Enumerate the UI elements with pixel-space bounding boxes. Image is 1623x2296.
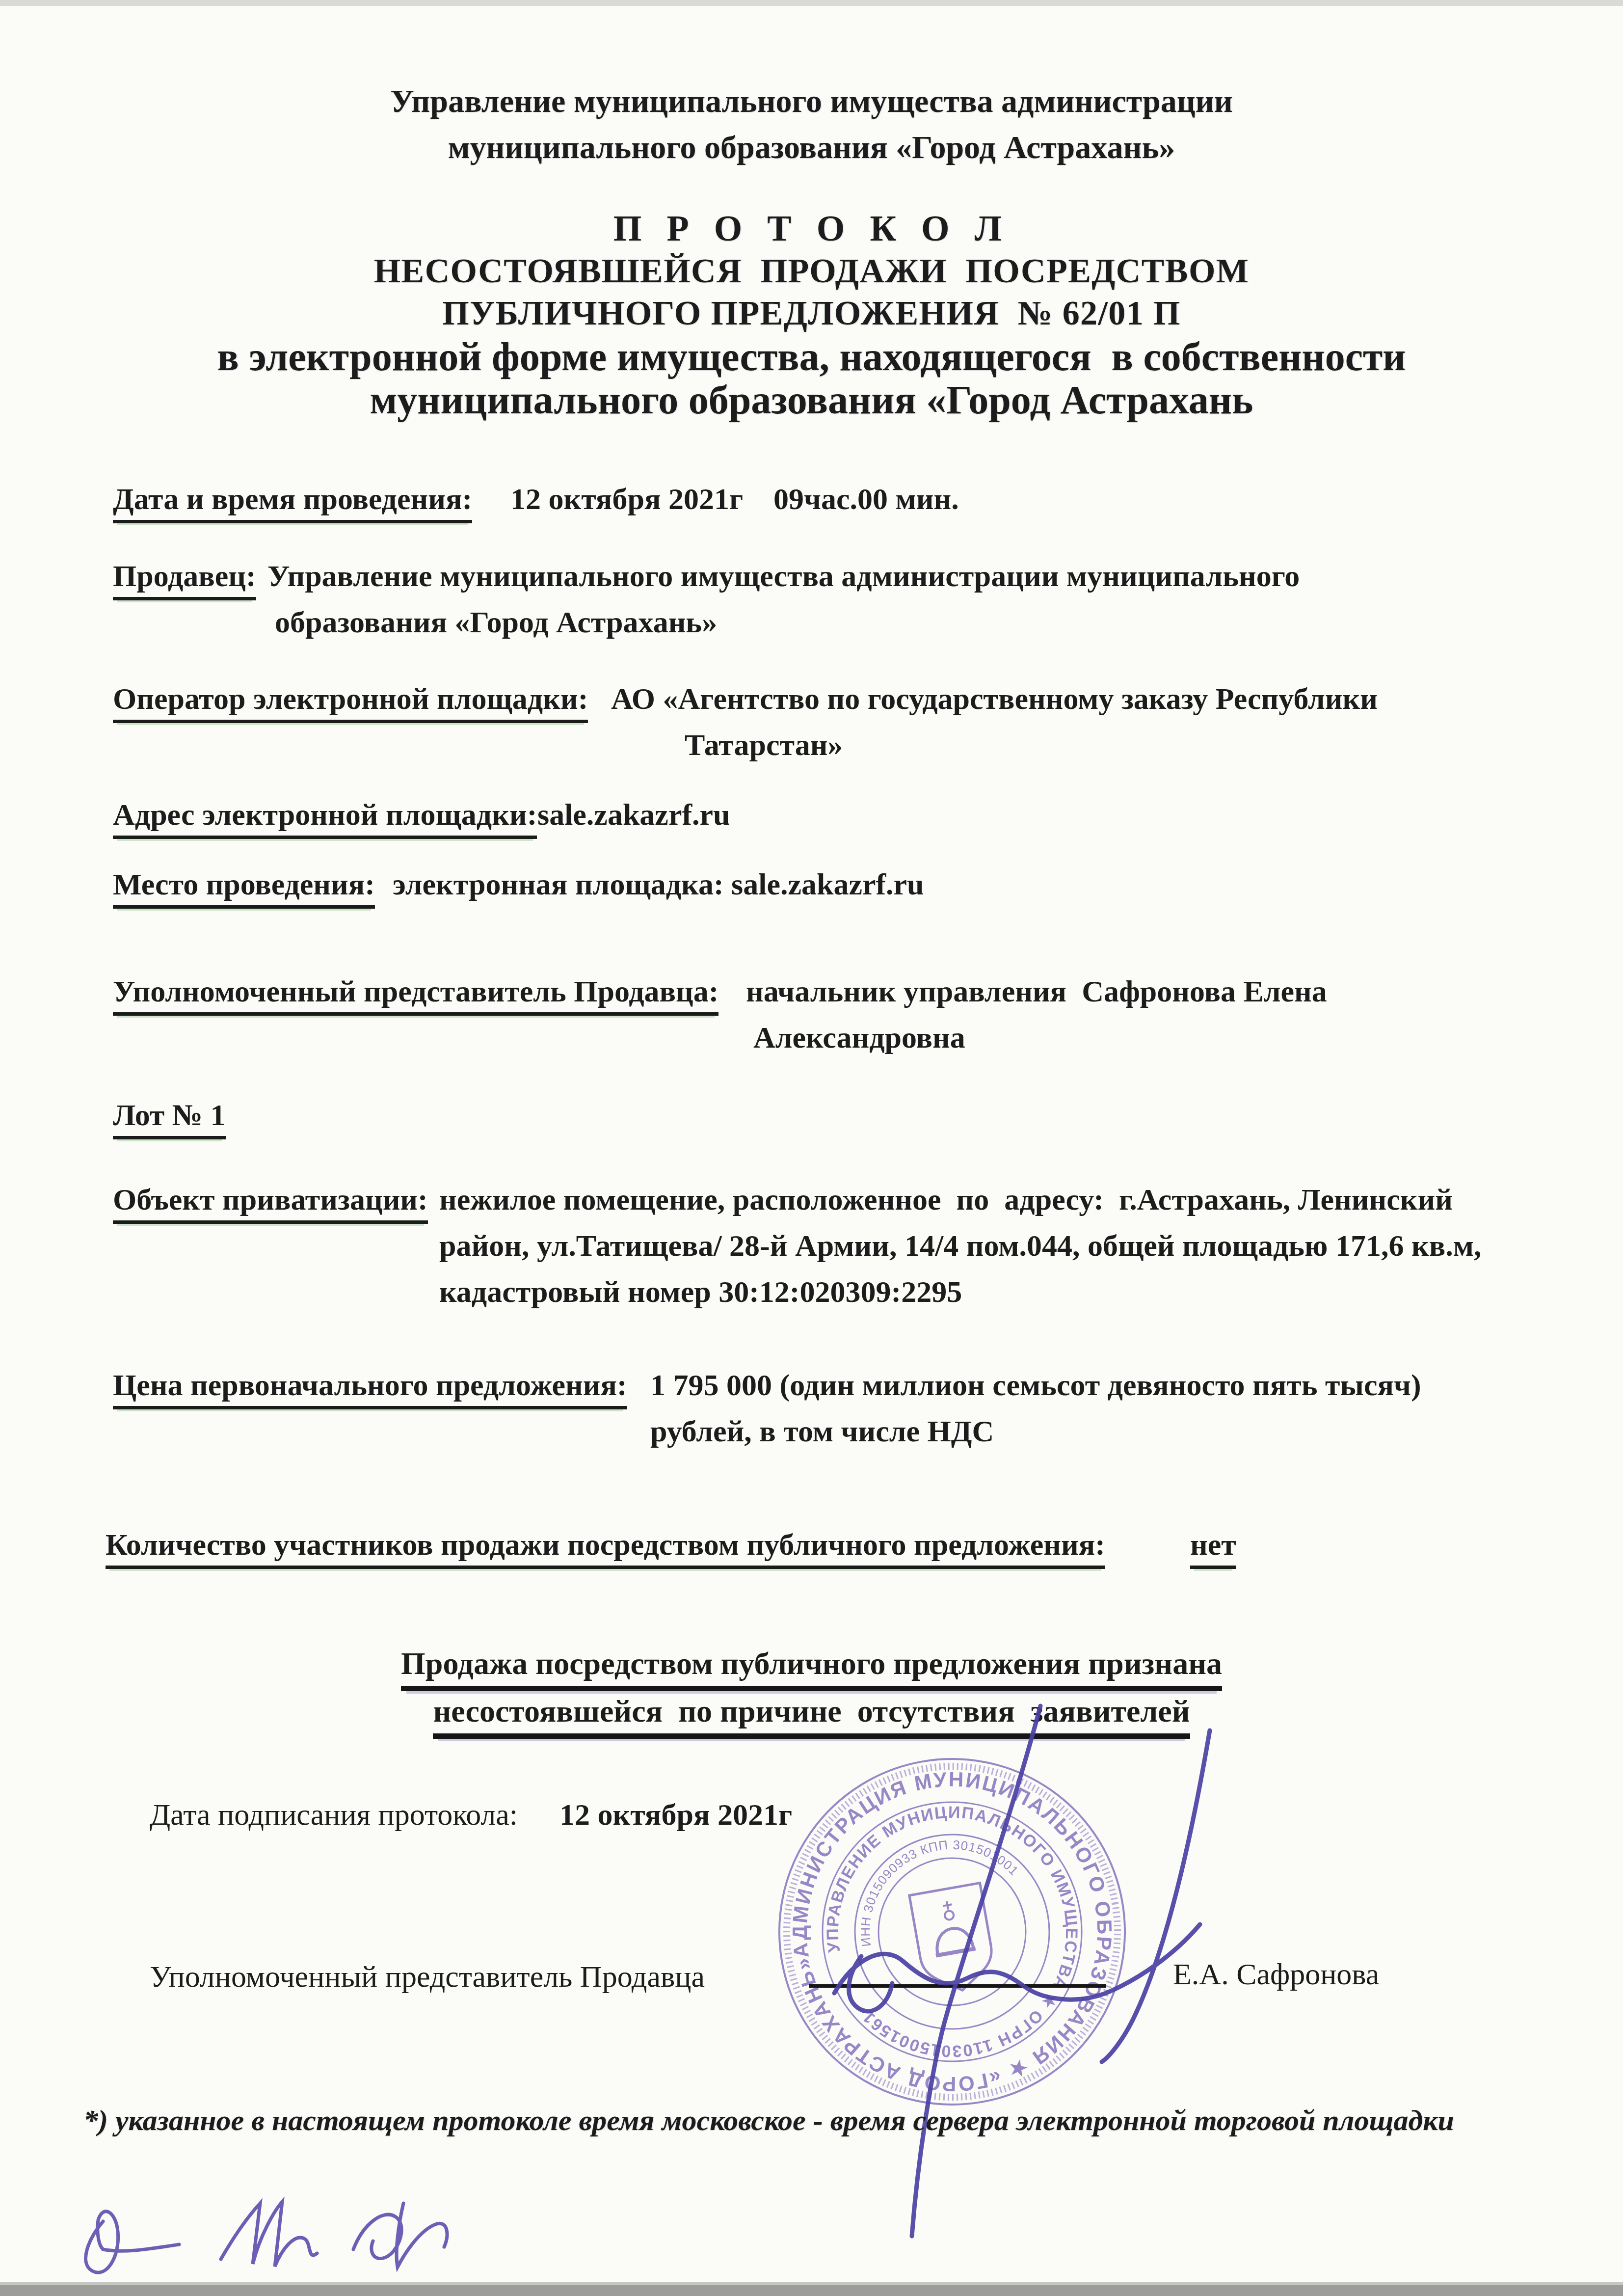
doc-title-protokol: П Р О Т О К О Л xyxy=(0,210,1623,248)
field-participants-label: Количество участников продажи посредство… xyxy=(106,1529,1105,1561)
doc-title-line2: НЕСОСТОЯВШЕЙСЯ ПРОДАЖИ ПОСРЕДСТВОМ xyxy=(0,253,1623,290)
field-venue-value: электронная площадка: sale.zakazrf.ru xyxy=(393,869,924,901)
scan-edge-bottom xyxy=(0,2285,1623,2296)
field-seller-label: Продавец: xyxy=(113,561,256,593)
signature-row-label: Уполномоченный представитель Продавца xyxy=(150,1961,705,1993)
field-datetime-label: Дата и время проведения: xyxy=(113,484,472,515)
field-operator-label-text: Оператор электронной площадки: xyxy=(113,682,588,723)
field-object-label: Объект приватизации: xyxy=(113,1184,428,1216)
field-address-value: sale.zakazrf.ru xyxy=(537,799,730,831)
field-seller-label-text: Продавец: xyxy=(113,560,256,600)
org-name-line2: муниципального образования «Город Астрах… xyxy=(0,131,1623,164)
signature-scribble-2 xyxy=(221,2202,317,2267)
representative-pen-signature xyxy=(736,1669,1276,2288)
signature-scribble-3 xyxy=(353,2203,447,2267)
doc-title-line3: ПУБЛИЧНОГО ПРЕДЛОЖЕНИЯ № 62/01 П xyxy=(0,296,1623,332)
field-venue-label: Место проведения: xyxy=(113,869,375,901)
field-representative-value-line1: начальник управления Сафронова Елена xyxy=(746,976,1327,1008)
org-name-line1: Управление муниципального имущества адми… xyxy=(0,84,1623,118)
field-price-value-line2: рублей, в том числе НДС xyxy=(650,1416,994,1448)
field-seller-value-line2: образования «Город Астрахань» xyxy=(275,607,717,639)
signing-date-label: Дата подписания протокола: xyxy=(150,1799,518,1831)
lot-heading: Лот № 1 xyxy=(113,1100,226,1132)
field-object-value-line1: нежилое помещение, расположенное по адре… xyxy=(439,1184,1453,1216)
field-representative-label-text: Уполномоченный представитель Продавца: xyxy=(113,975,718,1016)
field-seller-value-line1: Управление муниципального имущества адми… xyxy=(267,561,1300,593)
signature-scribble-1 xyxy=(86,2212,179,2273)
field-price-value-line1: 1 795 000 (один миллион семьсот девяност… xyxy=(650,1370,1421,1402)
field-operator-value-line2: Татарстан» xyxy=(685,729,843,761)
scanned-protocol-page: Управление муниципального имущества адми… xyxy=(0,0,1623,2296)
field-operator-value-line1: АО «Агентство по государственному заказу… xyxy=(611,683,1378,715)
field-object-value-line3: кадастровый номер 30:12:020309:2295 xyxy=(439,1276,962,1308)
field-participants-value-text: нет xyxy=(1190,1528,1236,1569)
field-datetime-value: 12 октября 2021г 09час.00 мин. xyxy=(510,484,959,515)
field-datetime-label-text: Дата и время проведения: xyxy=(113,483,472,523)
doc-title-line5: муниципального образования «Город Астрах… xyxy=(0,379,1623,421)
scan-edge-top xyxy=(0,0,1623,6)
field-price-label-text: Цена первоначального предложения: xyxy=(113,1369,627,1409)
lot-heading-text: Лот № 1 xyxy=(113,1099,226,1139)
field-participants-label-text: Количество участников продажи посредство… xyxy=(106,1528,1105,1569)
field-venue-label-text: Место проведения: xyxy=(113,868,375,909)
doc-title-line4: в электронной форме имущества, находящег… xyxy=(0,336,1623,378)
field-price-label: Цена первоначального предложения: xyxy=(113,1370,627,1402)
field-object-value-line2: район, ул.Татищева/ 28-й Армии, 14/4 пом… xyxy=(439,1230,1481,1262)
field-representative-value-line2: Александровна xyxy=(753,1022,965,1054)
field-participants-value: нет xyxy=(1190,1529,1236,1561)
bottom-handwritten-signatures xyxy=(29,2175,520,2290)
field-representative-label: Уполномоченный представитель Продавца: xyxy=(113,976,718,1008)
field-address-label-text: Адрес электронной площадки: xyxy=(113,798,537,839)
scan-edge-bottom-light xyxy=(0,2282,1623,2285)
field-address-label: Адрес электронной площадки: xyxy=(113,799,537,831)
footnote: *) указанное в настоящем протоколе время… xyxy=(83,2105,1454,2136)
field-object-label-text: Объект приватизации: xyxy=(113,1183,428,1224)
field-operator-label: Оператор электронной площадки: xyxy=(113,683,588,715)
